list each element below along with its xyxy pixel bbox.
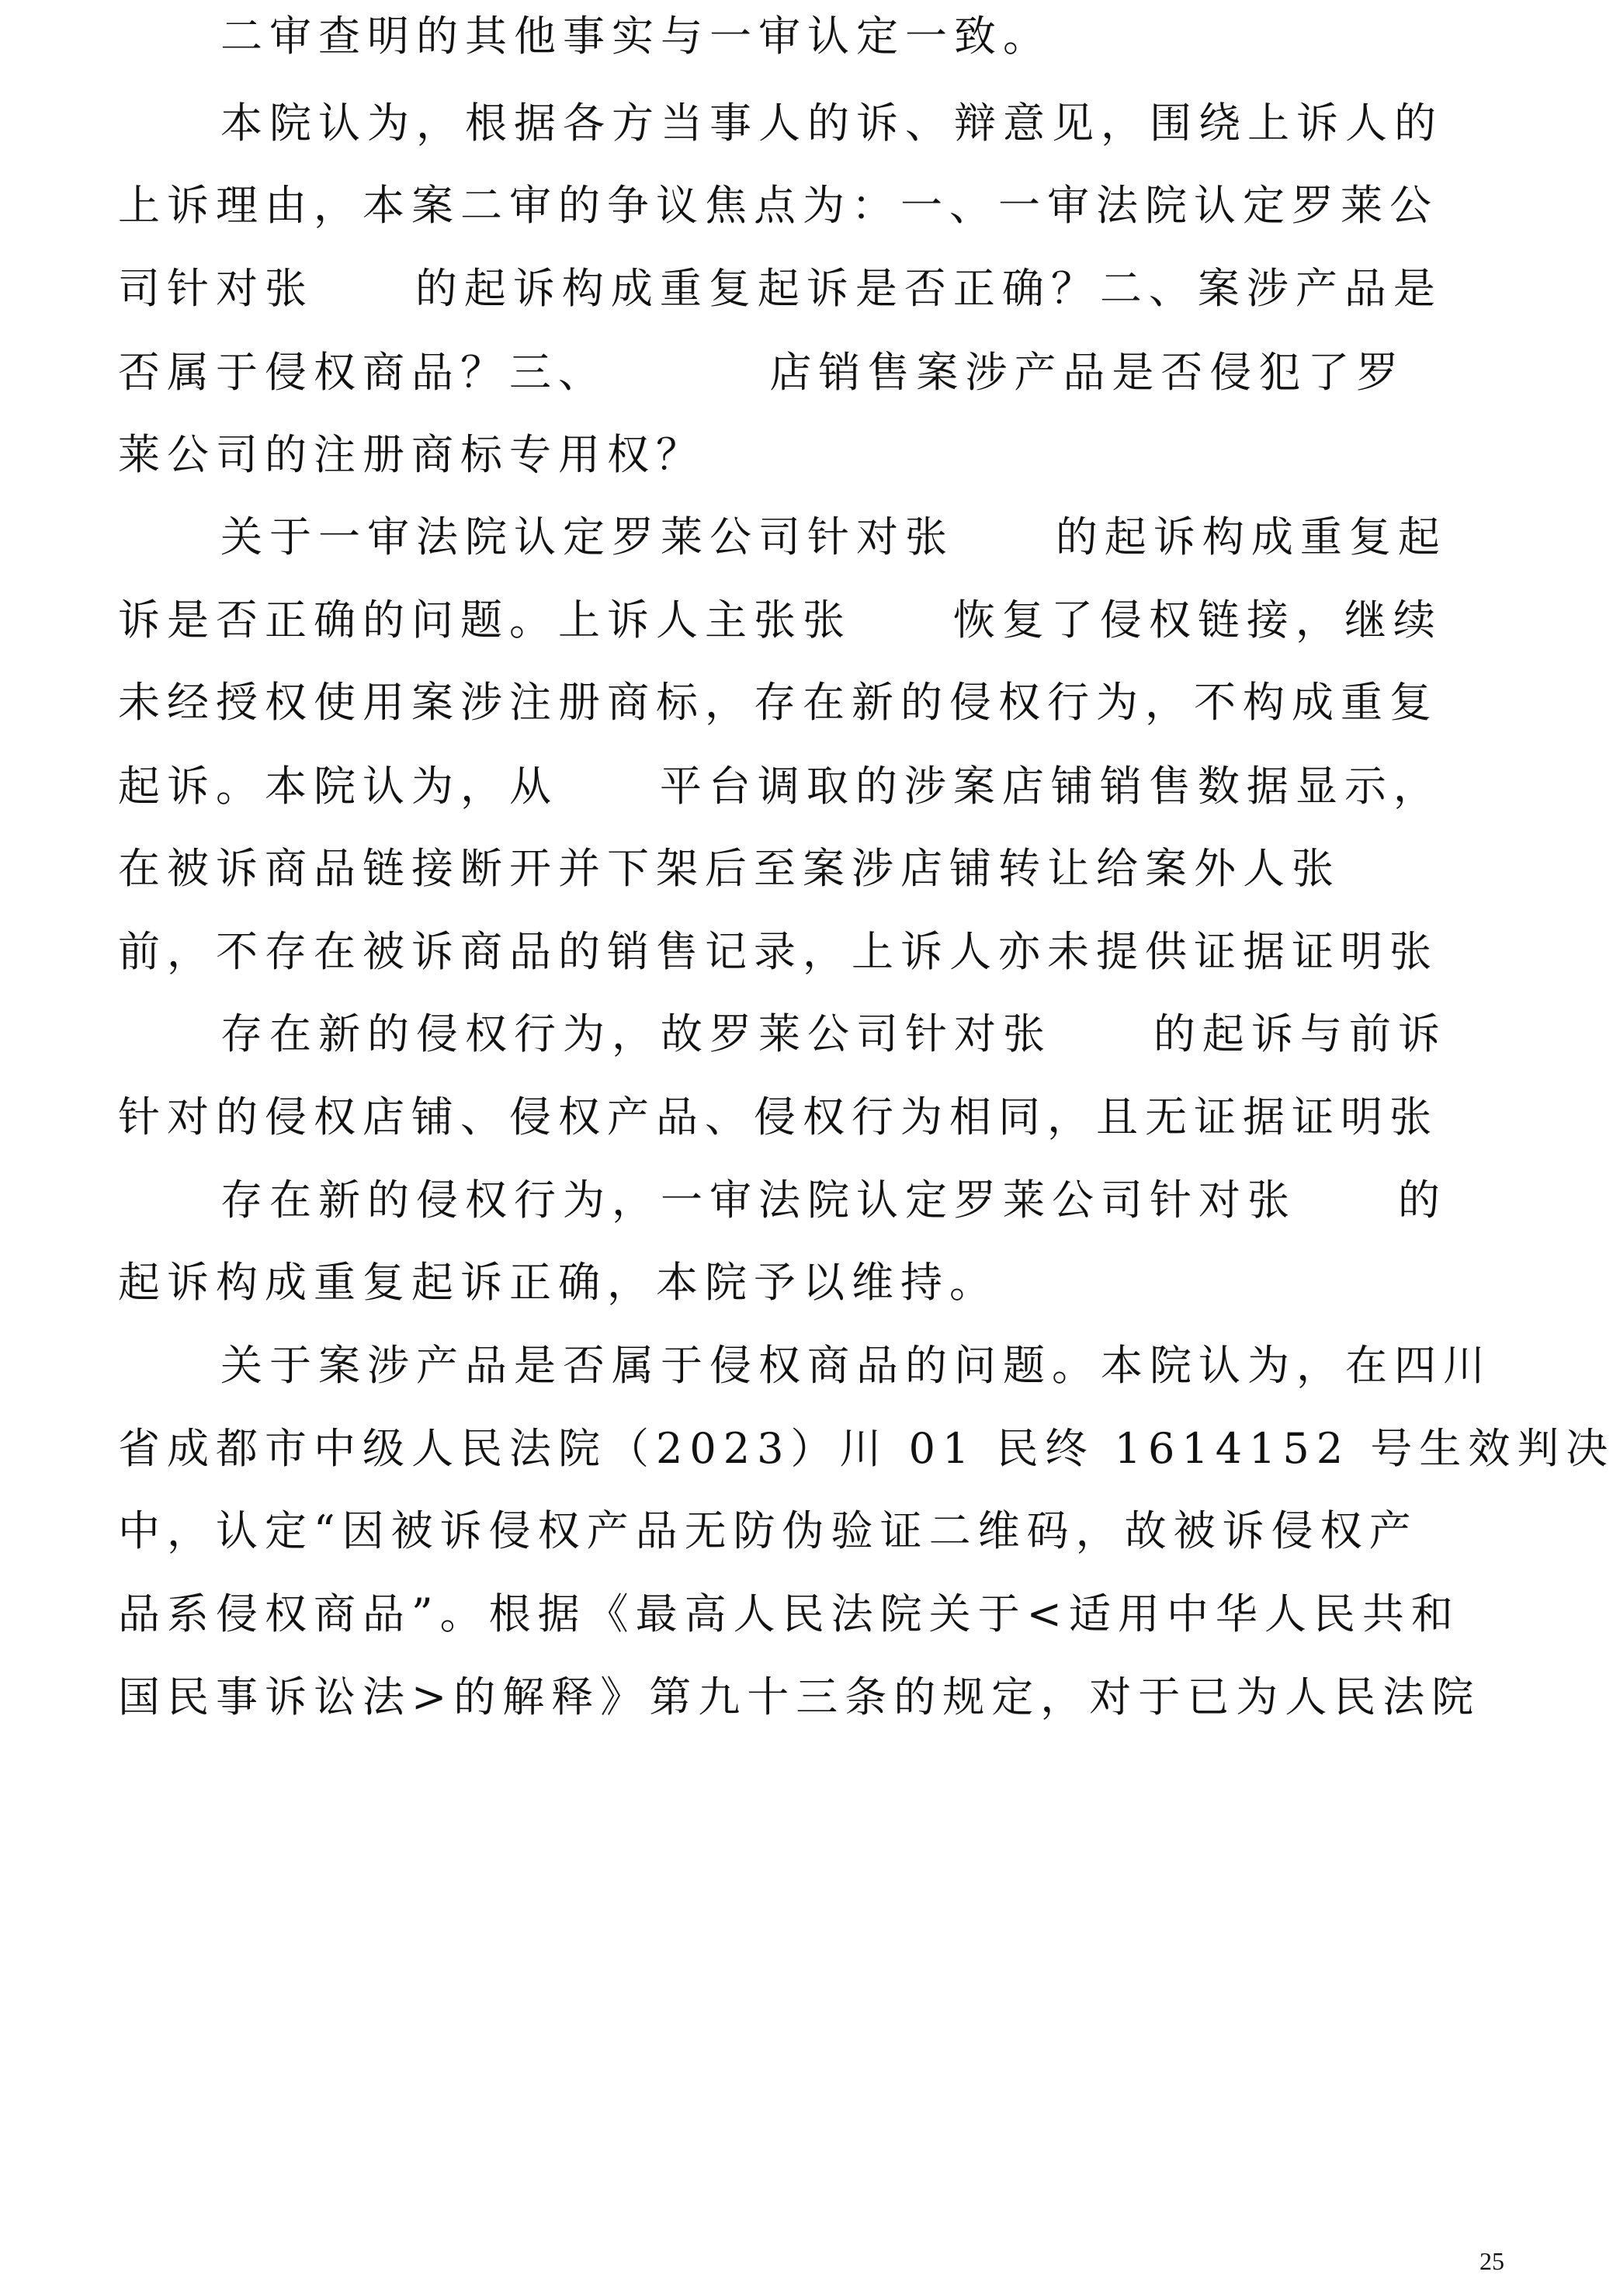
- text-line-5: 否属于侵权商品？三、 店销售案涉产品是否侵犯了罗: [118, 349, 1511, 396]
- text-line-2: 本院认为，根据各方当事人的诉、辩意见，围绕上诉人的: [220, 100, 1511, 147]
- text-line-3: 上诉理由，本案二审的争议焦点为：一、一审法院认定罗莱公: [118, 182, 1511, 229]
- page-number: 25: [1480, 2247, 1504, 2275]
- text-line-21: 国民事诉讼法>的解释》第九十三条的规定，对于已为人民法院: [118, 1674, 1511, 1721]
- text-line-19: 中，认定“因被诉侵权产品无防伪验证二维码，故被诉侵权产: [118, 1508, 1511, 1554]
- text-line-4: 司针对张 的起诉构成重复起诉是否正确？二、案涉产品是: [118, 266, 1511, 312]
- text-line-10: 起诉。本院认为，从 平台调取的涉案店铺销售数据显示，: [118, 763, 1511, 810]
- text-line-18: 省成都市中级人民法院（2023）川 01 民终 1614152 号生效判决: [118, 1426, 1511, 1472]
- text-line-1: 二审查明的其他事实与一审认定一致。: [220, 13, 1511, 60]
- text-line-15: 存在新的侵权行为，一审法院认定罗莱公司针对张 的: [220, 1177, 1511, 1224]
- text-line-20: 品系侵权商品”。根据《最高人民法院关于<适用中华人民共和: [118, 1591, 1511, 1638]
- text-line-6: 莱公司的注册商标专用权？: [118, 432, 1511, 478]
- text-line-16: 起诉构成重复起诉正确，本院予以维持。: [118, 1259, 1511, 1306]
- text-line-17: 关于案涉产品是否属于侵权商品的问题。本院认为，在四川: [220, 1343, 1511, 1389]
- document-page: 二审查明的其他事实与一审认定一致。 本院认为，根据各方当事人的诉、辩意见，围绕上…: [0, 0, 1620, 2296]
- text-line-8: 诉是否正确的问题。上诉人主张张 恢复了侵权链接，继续: [118, 597, 1511, 644]
- text-line-12: 前，不存在被诉商品的销售记录，上诉人亦未提供证据证明张: [118, 929, 1511, 975]
- text-line-14: 针对的侵权店铺、侵权产品、侵权行为相同，且无证据证明张: [118, 1094, 1511, 1141]
- text-line-9: 未经授权使用案涉注册商标，存在新的侵权行为，不构成重复: [118, 679, 1511, 726]
- text-line-7: 关于一审法院认定罗莱公司针对张 的起诉构成重复起: [220, 514, 1511, 561]
- text-line-13: 存在新的侵权行为，故罗莱公司针对张 的起诉与前诉: [220, 1011, 1511, 1058]
- text-line-11: 在被诉商品链接断开并下架后至案涉店铺转让给案外人张: [118, 846, 1511, 892]
